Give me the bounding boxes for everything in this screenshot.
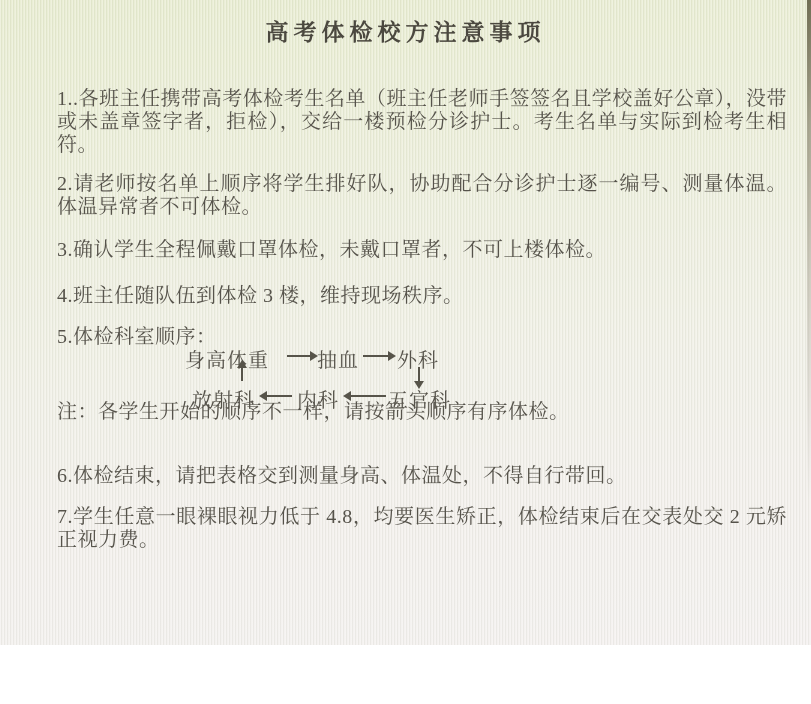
document-photo: 高考体检校方注意事项 1..各班主任携带高考体检考生名单（班主任老师手签签名且学…: [0, 0, 811, 645]
arrow-left-icon: [350, 395, 386, 397]
photo-edge-shadow: [807, 0, 811, 500]
arrow-right-icon: [363, 355, 389, 357]
exam-room-flow-diagram: 身高体重 抽血 外科 放射科 内科 五官科: [0, 342, 811, 406]
arrow-right-icon: [287, 355, 311, 357]
notice-item-6: 6.体检结束，请把表格交到测量身高、体温处，不得自行带回。: [57, 465, 787, 488]
bottom-margin: [0, 645, 811, 704]
notice-item-5-note: 注：各学生开始的顺序不一样，请按箭头顺序有序体检。: [57, 401, 787, 424]
notice-item-7: 7.学生任意一眼裸眼视力低于 4.8，均要医生矫正，体检结束后在交表处交 2 元…: [57, 506, 787, 552]
notice-item-2: 2.请老师按名单上顺序将学生排好队，协助配合分诊护士逐一编号、测量体温。体温异常…: [57, 173, 787, 219]
arrow-down-icon: [418, 367, 420, 382]
flow-node-blood-draw: 抽血: [317, 344, 359, 373]
notice-item-4: 4.班主任随队伍到体检 3 楼，维持现场秩序。: [57, 285, 787, 308]
arrow-up-icon: [241, 367, 243, 381]
flow-node-height-weight: 身高体重: [185, 344, 269, 373]
arrow-left-icon: [266, 395, 292, 397]
notice-item-1: 1..各班主任携带高考体检考生名单（班主任老师手签签名且学校盖好公章），没带或未…: [57, 88, 787, 157]
notice-item-3: 3.确认学生全程佩戴口罩体检，未戴口罩者，不可上楼体检。: [57, 239, 787, 262]
page-title: 高考体检校方注意事项: [0, 14, 811, 47]
